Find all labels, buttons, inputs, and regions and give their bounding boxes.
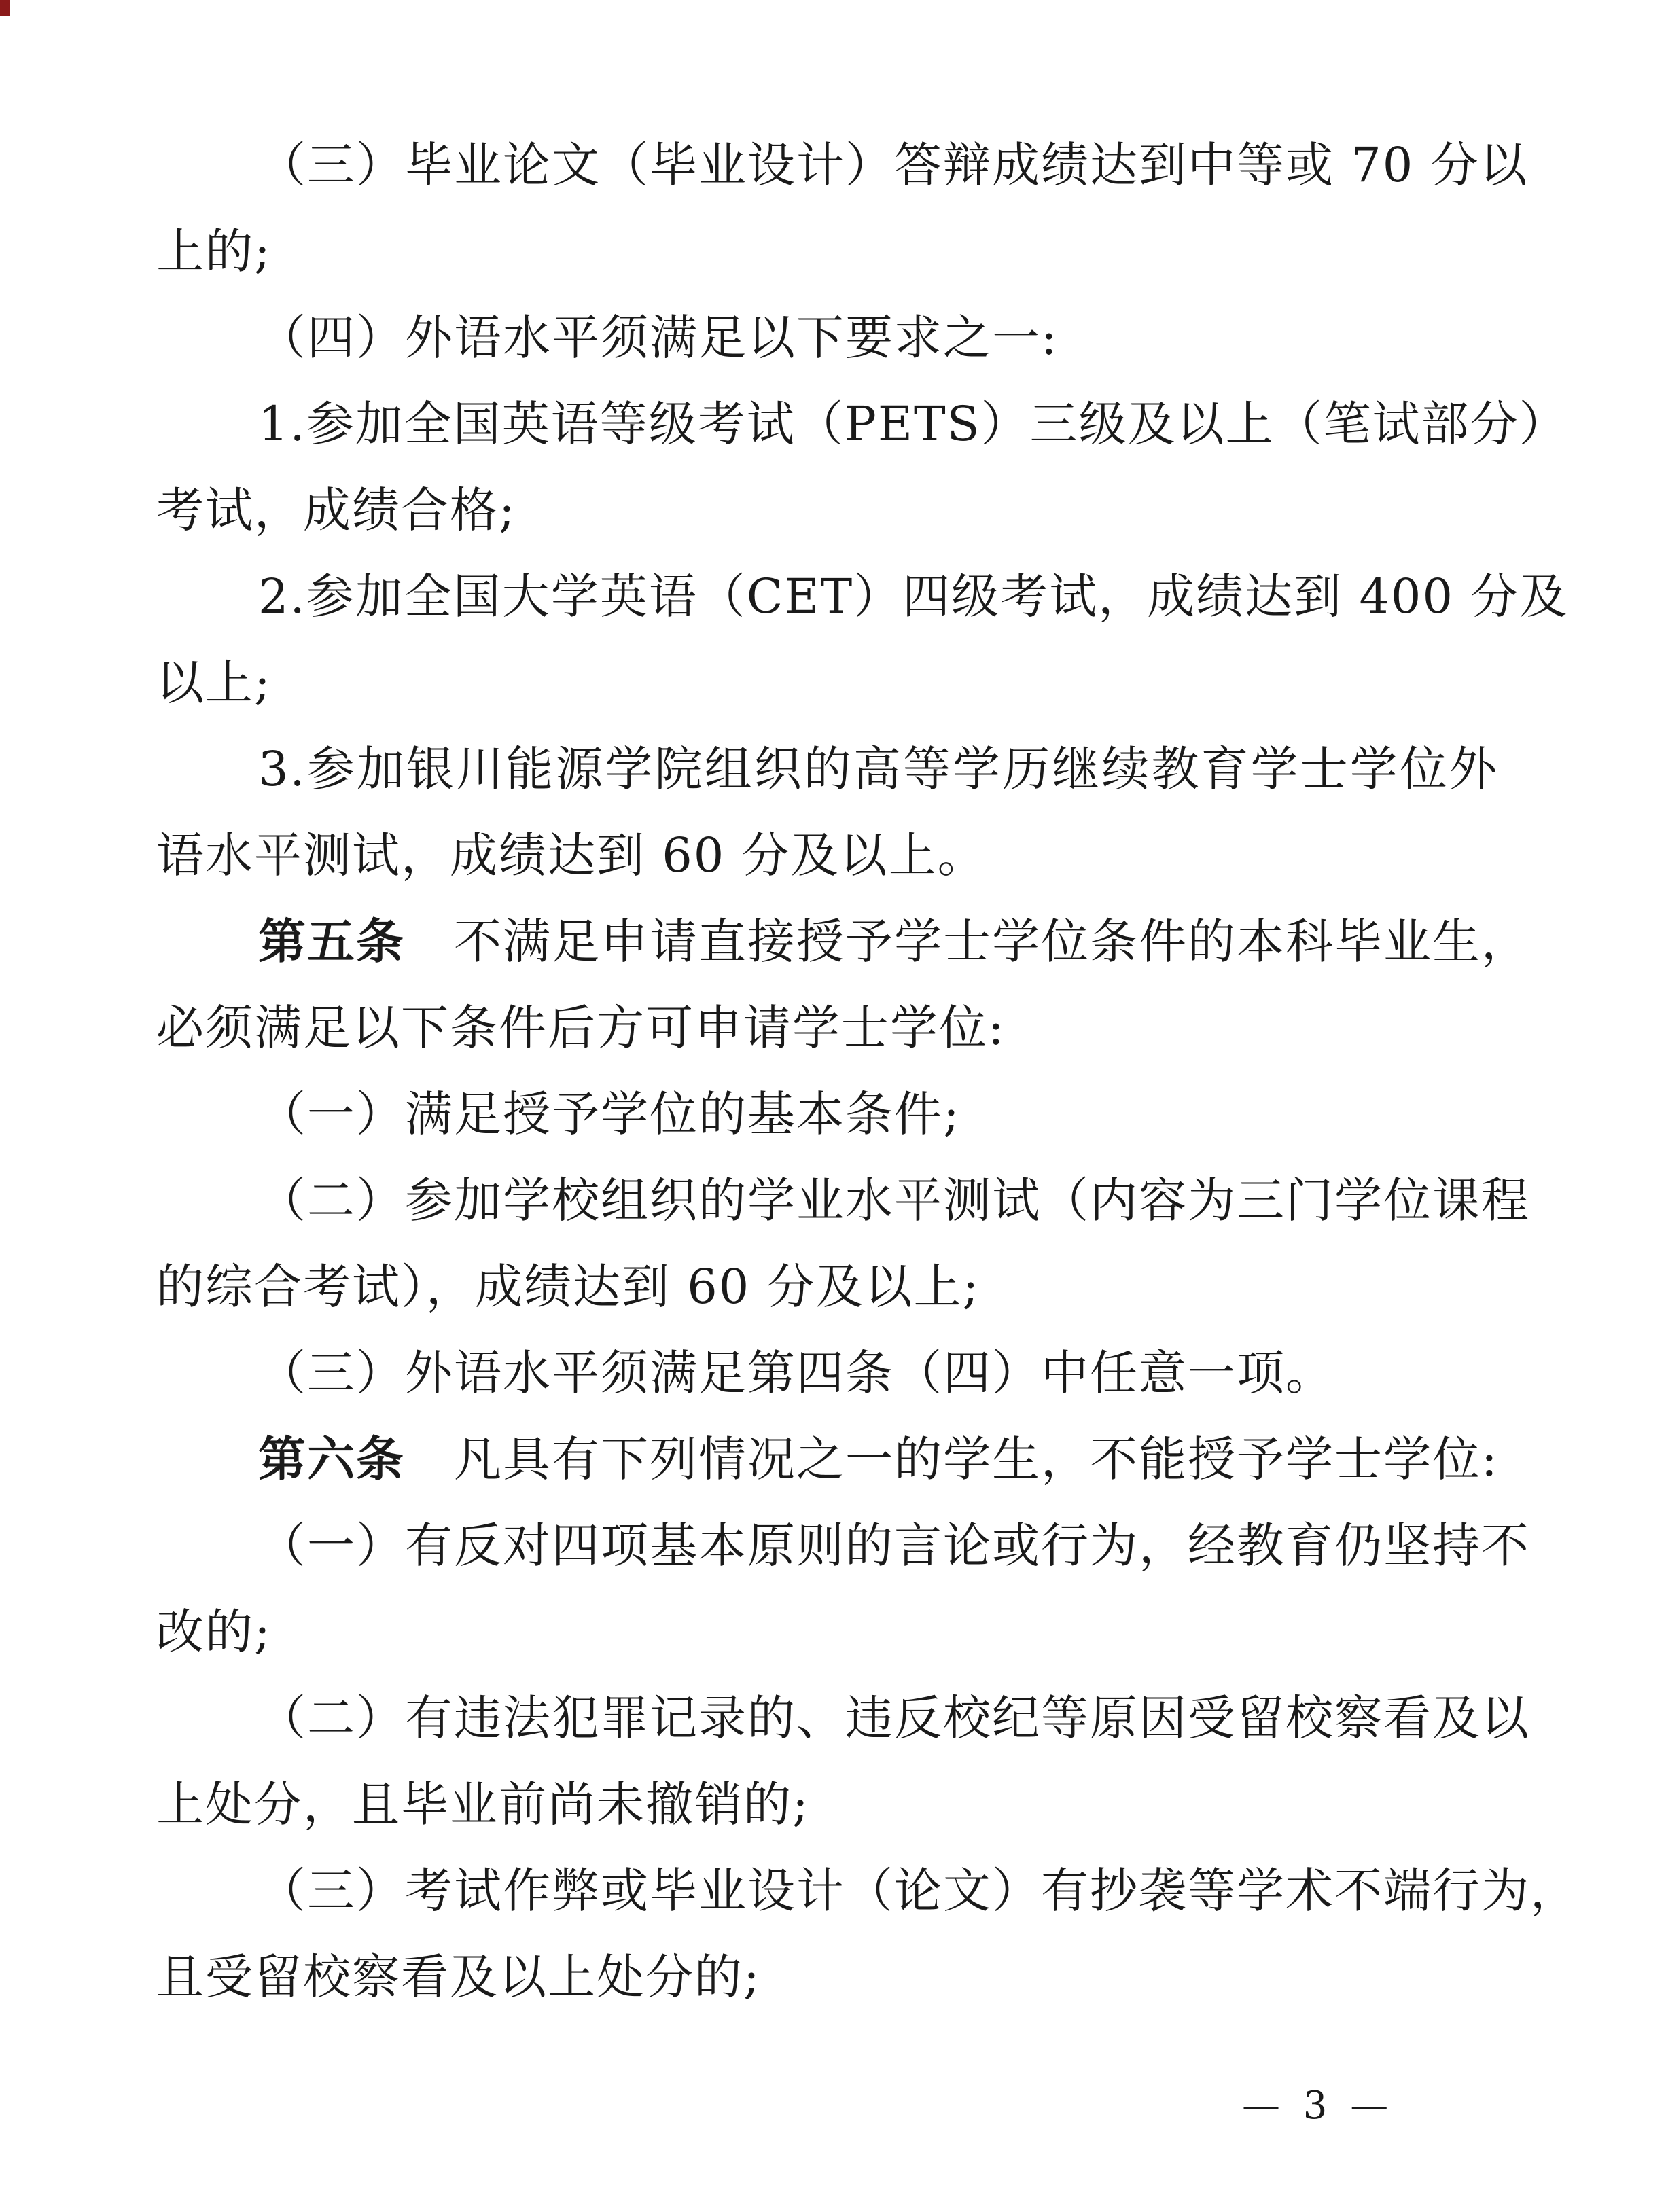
text-line: （三）毕业论文（毕业设计）答辩成绩达到中等或 70 分以 <box>156 122 1498 209</box>
text-line: 2.参加全国大学英语（CET）四级考试，成绩达到 400 分及 <box>156 554 1498 640</box>
text-line: 第六条 凡具有下列情况之一的学生，不能授予学士学位: <box>156 1416 1498 1503</box>
scan-artifact-mark <box>0 0 10 16</box>
text-line: （三）外语水平须满足第四条（四）中任意一项。 <box>156 1330 1498 1416</box>
page-number: — 3 — <box>1242 2073 1394 2139</box>
article-heading: 第五条 <box>258 914 405 969</box>
text-line: 考试，成绩合格; <box>156 467 1498 554</box>
text-line: 必须满足以下条件后方可申请学士学位: <box>156 985 1498 1071</box>
text-line: （二）有违法犯罪记录的、违反校纪等原因受留校察看及以 <box>156 1675 1498 1762</box>
text-line: 且受留校察看及以上处分的; <box>156 1934 1498 2020</box>
text-line: 上的; <box>156 209 1498 295</box>
text-line: 1.参加全国英语等级考试（PETS）三级及以上（笔试部分） <box>156 381 1498 467</box>
text-line: （一）满足授予学位的基本条件; <box>156 1071 1498 1158</box>
text-line: 以上; <box>156 640 1498 726</box>
text-line: （四）外语水平须满足以下要求之一: <box>156 295 1498 381</box>
text-line: 的综合考试），成绩达到 60 分及以上; <box>156 1244 1498 1330</box>
text-line: 上处分，且毕业前尚未撤销的; <box>156 1762 1498 1848</box>
text-line: （二）参加学校组织的学业水平测试（内容为三门学位课程 <box>156 1158 1498 1244</box>
text-line: 第五条 不满足申请直接授予学士学位条件的本科毕业生， <box>156 899 1498 985</box>
article-heading: 第六条 <box>258 1431 405 1487</box>
text-line: （三）考试作弊或毕业设计（论文）有抄袭等学术不端行为， <box>156 1848 1498 1934</box>
text-line: 改的; <box>156 1589 1498 1675</box>
text-line: （一）有反对四项基本原则的言论或行为，经教育仍坚持不 <box>156 1503 1498 1589</box>
text-line: 3.参加银川能源学院组织的高等学历继续教育学士学位外 <box>156 726 1498 813</box>
text-line: 语水平测试，成绩达到 60 分及以上。 <box>156 813 1498 899</box>
document-page: （三）毕业论文（毕业设计）答辩成绩达到中等或 70 分以上的;（四）外语水平须满… <box>0 0 1666 2212</box>
document-body: （三）毕业论文（毕业设计）答辩成绩达到中等或 70 分以上的;（四）外语水平须满… <box>156 122 1498 2020</box>
